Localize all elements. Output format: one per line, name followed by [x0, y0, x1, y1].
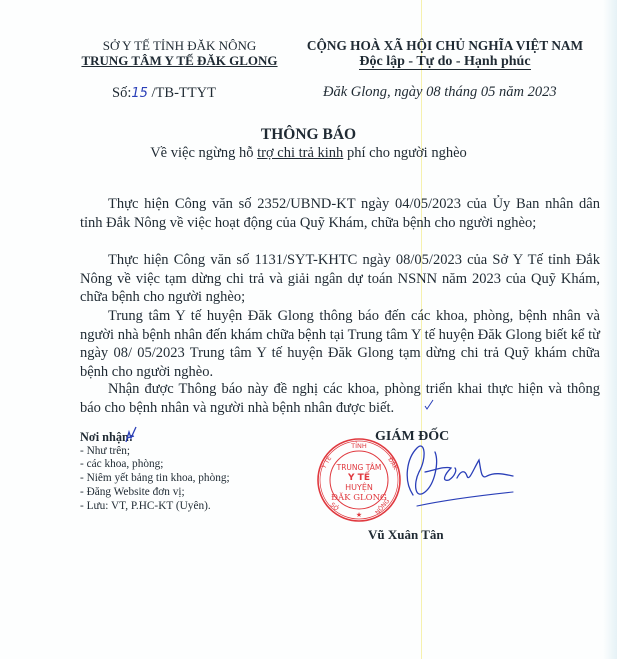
handwritten-mark-icon [124, 426, 138, 444]
svg-text:TỈNH: TỈNH [350, 441, 367, 450]
recipient-item: - Như trên; [80, 445, 230, 459]
handwritten-signature [395, 440, 515, 510]
body-paragraph-1: Thực hiện Công văn số 2352/UBND-KT ngày … [80, 195, 600, 232]
svg-text:ĐĂK GLONG: ĐĂK GLONG [331, 491, 387, 503]
issuing-unit: TRUNG TÂM Y TẾ ĐĂK GLONG [62, 53, 297, 68]
national-motto: Độc lập - Tự do - Hạnh phúc [292, 54, 598, 70]
recipients-heading: Nơi nhận: [80, 431, 230, 445]
recipient-item: - Lưu: VT, P.HC-KT (Uyên). [80, 500, 230, 514]
signer-name: Vũ Xuân Tân [368, 527, 444, 543]
document-subject: Về việc ngừng hỗ trợ chi trả kinh phí ch… [0, 145, 617, 162]
svg-text:HUYỆN: HUYỆN [345, 481, 373, 493]
scan-edge-shade [603, 0, 617, 659]
recipient-item: - Đăng Website đơn vị; [80, 486, 230, 500]
issuing-agency-header: SỞ Y TẾ TỈNH ĐĂK NÔNG TRUNG TÂM Y TẾ ĐĂK… [62, 38, 297, 68]
doc-number-suffix: /TB-TTYT [148, 85, 216, 101]
official-stamp-icon: TỈNH Y TẾ ĐĂK SỞ NÔNG TRUNG TÂM Y TẾ HUY… [316, 437, 402, 523]
handwritten-check-icon [424, 399, 434, 411]
parent-agency: SỞ Y TẾ TỈNH ĐĂK NÔNG [62, 38, 297, 53]
body-paragraph-2: Thực hiện Công văn số 1131/SYT-KHTC ngày… [80, 251, 600, 307]
svg-text:TRUNG TÂM: TRUNG TÂM [336, 463, 382, 472]
recipients-list: Nơi nhận: - Như trên; - các khoa, phòng;… [80, 431, 230, 513]
doc-number-label: Số: [112, 85, 131, 101]
recipient-item: - các khoa, phòng; [80, 458, 230, 472]
svg-text:★: ★ [356, 511, 362, 519]
body-paragraph-3: Trung tâm Y tế huyện Đăk Glong thông báo… [80, 307, 600, 381]
nation-name: CỘNG HOÀ XÃ HỘI CHỦ NGHĨA VIỆT NAM [292, 38, 598, 54]
place-date: Đăk Glong, ngày 08 tháng 05 năm 2023 [323, 84, 557, 101]
recipient-item: - Niêm yết bảng tin khoa, phòng; [80, 472, 230, 486]
national-header: CỘNG HOÀ XÃ HỘI CHỦ NGHĨA VIỆT NAM Độc l… [292, 38, 598, 70]
doc-number-handwritten: 15 [131, 86, 148, 101]
document-title: THÔNG BÁO [0, 126, 617, 144]
body-paragraph-4: Nhận được Thông báo này đề nghị các khoa… [80, 380, 600, 417]
document-number: Số:15 /TB-TTYT [112, 85, 216, 102]
